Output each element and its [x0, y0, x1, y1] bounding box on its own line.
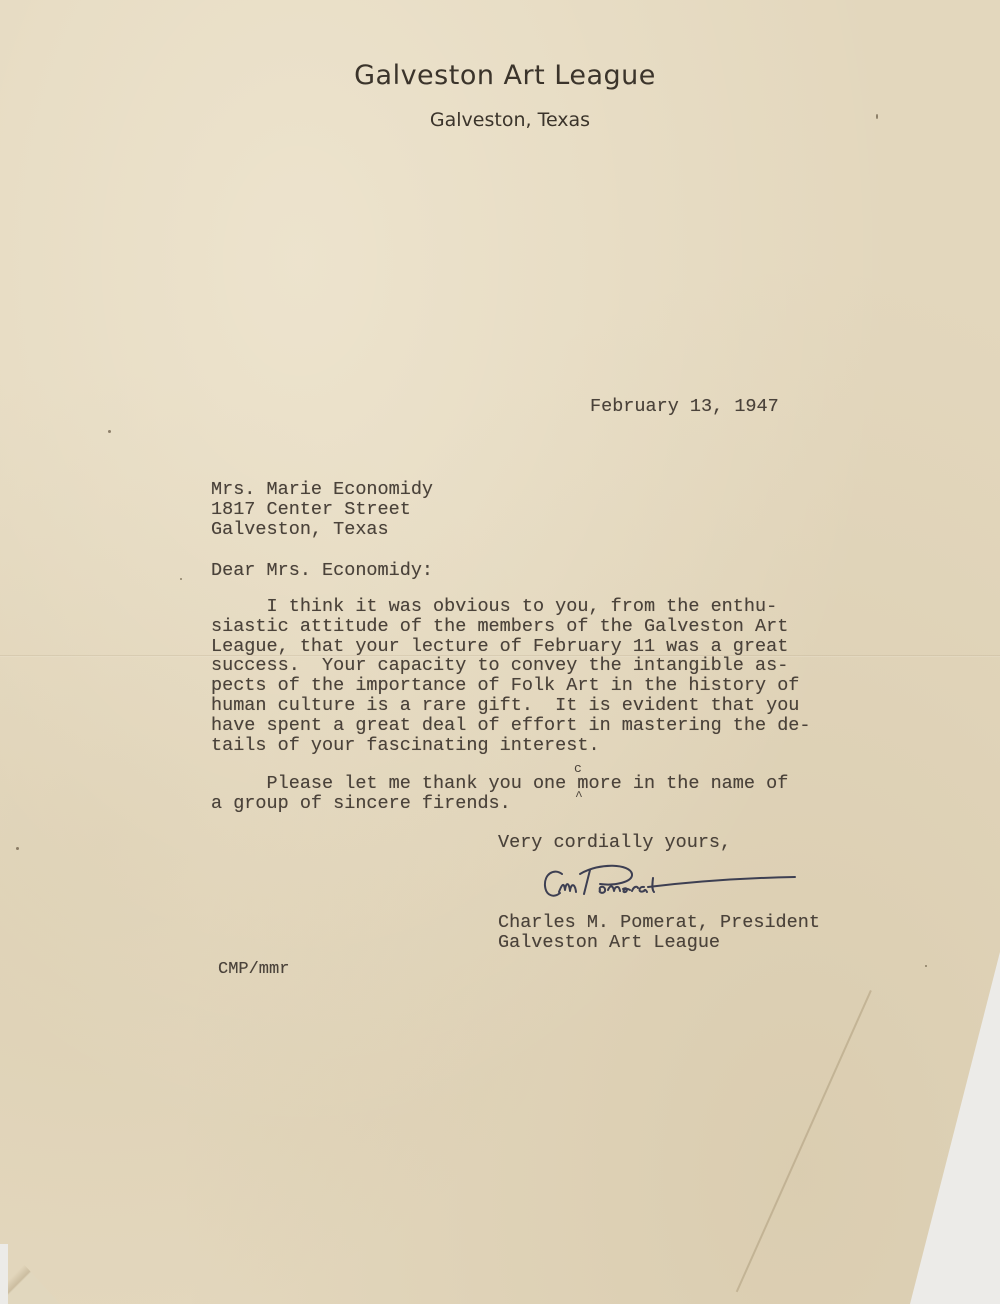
body-paragraph-2: Please let me thank you one more in the …	[211, 774, 788, 814]
recipient-name: Mrs. Marie Economidy	[211, 480, 433, 500]
salutation: Dear Mrs. Economidy:	[211, 561, 433, 581]
body-line: tails of your fascinating interest.	[211, 736, 811, 756]
body-line: a group of sincere firends.	[211, 794, 788, 814]
reference-initials: CMP/mmr	[218, 960, 289, 980]
body-line: siastic attitude of the members of the G…	[211, 617, 811, 637]
correction-insert-letter: c	[574, 761, 582, 776]
correction-caret-icon: ^	[575, 789, 583, 804]
paper-speck	[16, 847, 19, 850]
recipient-street: 1817 Center Street	[211, 500, 433, 520]
recipient-city-state: Galveston, Texas	[211, 520, 433, 540]
body-line: human culture is a rare gift. It is evid…	[211, 696, 811, 716]
letterhead-location: Galveston, Texas	[5, 109, 1000, 131]
body-paragraph-1: I think it was obvious to you, from the …	[211, 597, 811, 755]
body-line: pects of the importance of Folk Art in t…	[211, 676, 811, 696]
corner-background-gap	[0, 1244, 8, 1304]
signer-name-title: Charles M. Pomerat, President	[498, 913, 820, 933]
recipient-address: Mrs. Marie Economidy1817 Center StreetGa…	[211, 480, 433, 539]
body-line: success. Your capacity to convey the int…	[211, 656, 811, 676]
paper-speck	[925, 965, 927, 967]
body-line: Please let me thank you one more in the …	[211, 774, 788, 794]
letterhead-organization: Galveston Art League	[0, 60, 1000, 91]
body-line: have spent a great deal of effort in mas…	[211, 716, 811, 736]
paper-speck	[108, 430, 111, 433]
body-line: League, that your lecture of February 11…	[211, 637, 811, 657]
signer-organization: Galveston Art League	[498, 933, 820, 953]
letter-date: February 13, 1947	[590, 397, 779, 417]
handwritten-signature	[540, 860, 800, 905]
complimentary-closing: Very cordially yours,	[498, 833, 731, 853]
body-line: I think it was obvious to you, from the …	[211, 597, 811, 617]
signer-block: Charles M. Pomerat, PresidentGalveston A…	[498, 913, 820, 953]
paper-speck	[180, 578, 182, 580]
